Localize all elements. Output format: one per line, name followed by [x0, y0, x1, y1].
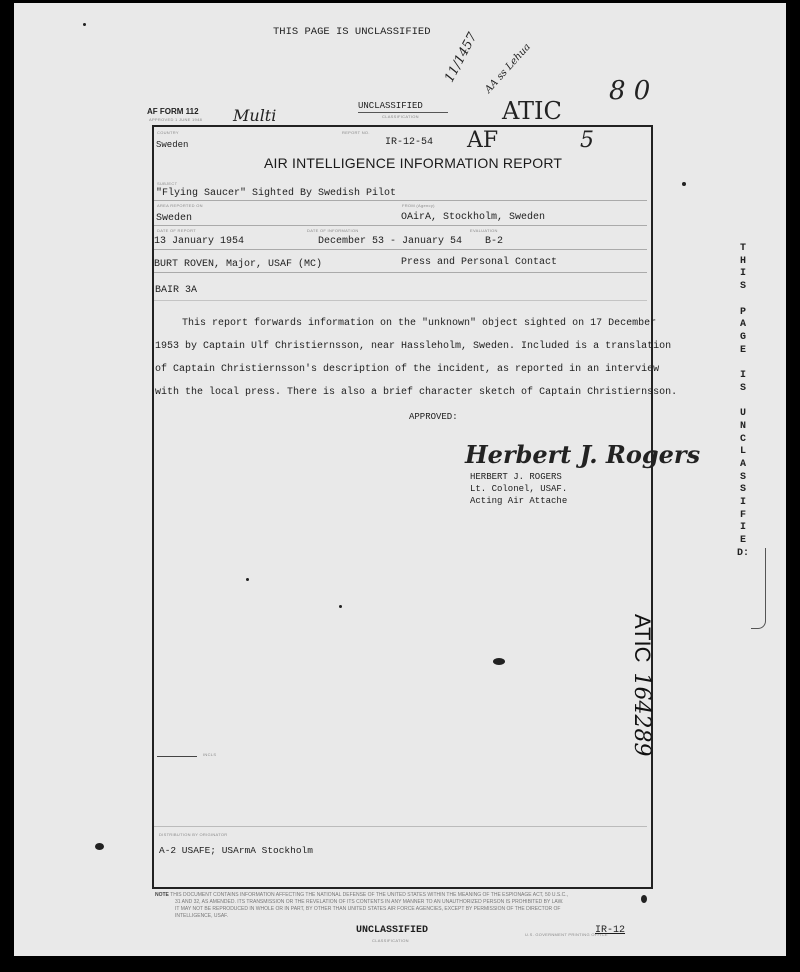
signer-rank: Lt. Colonel, USAF.: [470, 484, 567, 494]
distribution-value: A-2 USAFE; USArmA Stockholm: [159, 845, 313, 856]
body-line-2: 1953 by Captain Ulf Christiernsson, near…: [155, 341, 671, 352]
prepared-by-value: BURT ROVEN, Major, USAF (MC): [154, 259, 322, 270]
divider: [154, 200, 647, 201]
distribution-label: DISTRIBUTION BY ORIGINATOR: [159, 832, 227, 837]
approved-label: APPROVED:: [409, 412, 458, 422]
page-ref: IR-12: [595, 925, 625, 936]
from-value: OAirA, Stockholm, Sweden: [401, 212, 545, 223]
classification-sublabel: CLASSIFICATION: [382, 114, 419, 119]
atic-label: ATIC: [630, 614, 655, 662]
ink-speck: [95, 843, 104, 850]
divider: [154, 225, 647, 226]
date-of-info-label: DATE OF INFORMATION: [307, 228, 359, 233]
body-line-3: of Captain Christiernsson's description …: [155, 364, 659, 375]
ink-speck: [641, 895, 647, 903]
ink-speck: [246, 578, 249, 581]
atic-number: 164289: [629, 672, 654, 756]
form-number: AF FORM 112: [147, 107, 199, 116]
incls-label: INCLS: [203, 752, 216, 757]
form-sublabel: APPROVED 1 JUNE 1948: [149, 117, 202, 122]
country-value: Sweden: [156, 140, 188, 150]
subject-value: "Flying Saucer" Sighted By Swedish Pilot: [156, 188, 396, 199]
date-of-report-value: 13 January 1954: [154, 236, 244, 247]
classification-underline: [358, 112, 448, 113]
report-number: IR-12-54: [385, 137, 433, 148]
evaluation-value: B-2: [485, 236, 503, 247]
handwritten-note-atic: ATIC: [502, 97, 562, 125]
handwritten-note-80: 8 0: [609, 76, 650, 106]
divider: [154, 300, 647, 301]
handwritten-note-multi: Multi: [233, 106, 276, 125]
area-reported-label: AREA REPORTED ON: [157, 203, 203, 208]
signer-title: Acting Air Attache: [470, 496, 567, 506]
country-label: COUNTRY: [157, 130, 179, 135]
date-of-report-label: DATE OF REPORT: [157, 228, 196, 233]
atic-number-stamp: ATIC164289: [629, 614, 655, 756]
body-line-4: with the local press. There is also a br…: [155, 387, 677, 398]
vertical-unclassified-stamp: TH IS PA GE IS UN CL AS SI FI ED:: [737, 243, 749, 561]
body-line-1: This report forwards information on the …: [182, 318, 656, 329]
evaluation-label: EVALUATION: [470, 228, 498, 233]
signer-name: HERBERT J. ROGERS: [470, 472, 562, 482]
handwritten-af: AF: [467, 128, 498, 153]
classification-bottom: UNCLASSIFIED: [356, 925, 428, 936]
from-label: FROM (Agency): [402, 203, 435, 208]
area-reported-value: Sweden: [156, 213, 192, 224]
classification-top: UNCLASSIFIED: [358, 101, 423, 111]
signature: Herbert J. Rogers: [465, 440, 700, 469]
ink-speck: [682, 182, 686, 186]
stamp-bracket: [751, 548, 766, 629]
divider: [154, 249, 647, 250]
divider: [154, 826, 647, 827]
incls-line: [157, 756, 197, 757]
date-of-info-value: December 53 - January 54: [318, 236, 462, 247]
report-title: AIR INTELLIGENCE INFORMATION REPORT: [264, 155, 562, 171]
top-classification-banner: THIS PAGE IS UNCLASSIFIED: [273, 26, 431, 38]
references-value: BAIR 3A: [155, 285, 197, 296]
footer-note: NOTE THIS DOCUMENT CONTAINS INFORMATION …: [155, 892, 568, 920]
handwritten-five: 5: [580, 128, 594, 153]
ink-speck: [83, 23, 86, 26]
report-number-label: REPORT NO.: [342, 130, 370, 135]
source-value: Press and Personal Contact: [401, 257, 557, 268]
ink-speck: [339, 605, 342, 608]
subject-label: SUBJECT: [157, 181, 177, 186]
classification-bottom-sublabel: CLASSIFICATION: [372, 938, 409, 943]
divider: [154, 272, 647, 273]
ink-speck: [493, 658, 505, 665]
